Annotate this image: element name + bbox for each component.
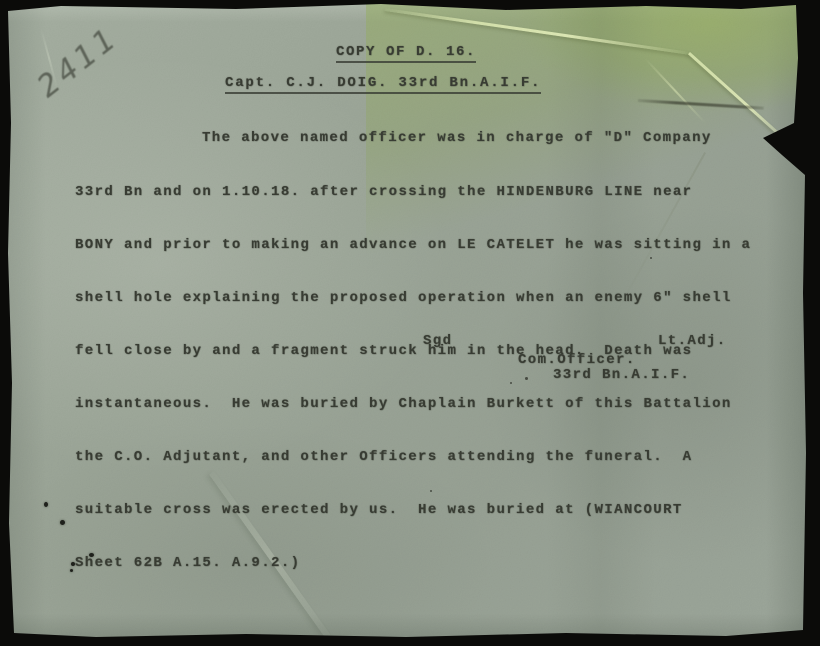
ink-speck	[650, 257, 652, 259]
document-body: The above named officer was in charge of…	[75, 95, 775, 608]
body-line: 33rd Bn and on 1.10.18. after crossing t…	[75, 184, 775, 202]
body-line: shell hole explaining the proposed opera…	[75, 290, 775, 308]
ink-speck	[510, 382, 512, 384]
body-line: The above named officer was in charge of…	[75, 130, 775, 148]
ink-speck	[430, 490, 432, 492]
ink-speck	[525, 377, 528, 380]
signature-rank: Lt.Adj.	[658, 333, 727, 349]
pin-hole	[70, 569, 73, 572]
document-paper: 2411 COPY OF D. 16. Capt. C.J. DOIG. 33r…	[6, 3, 806, 639]
body-line: the C.O. Adjutant, and other Officers at…	[75, 449, 775, 467]
body-line: instantaneous. He was buried by Chaplain…	[75, 396, 775, 414]
body-line: suitable cross was erected by us. He was…	[75, 502, 775, 520]
pin-hole	[71, 562, 75, 566]
signature-title: Com.Officer.	[518, 352, 636, 368]
signature-unit: 33rd Bn.A.I.F.	[553, 367, 690, 383]
document-title-row: COPY OF D. 16.	[6, 44, 806, 60]
handwritten-note: 2411	[31, 20, 125, 104]
signature-signed-label: Sgd	[423, 333, 452, 349]
document-heading-row: Capt. C.J. DOIG. 33rd Bn.A.I.F.	[225, 75, 541, 91]
pin-hole	[44, 502, 48, 507]
pin-hole	[89, 553, 94, 557]
document-heading: Capt. C.J. DOIG. 33rd Bn.A.I.F.	[225, 75, 541, 94]
document-title: COPY OF D. 16.	[336, 44, 476, 63]
body-line: Sheet 62B A.15. A.9.2.)	[75, 555, 775, 573]
pin-hole	[60, 520, 65, 525]
body-line: BONY and prior to making an advance on L…	[75, 237, 775, 255]
photo-background: { "document": { "handwritten_note": "241…	[0, 0, 820, 646]
